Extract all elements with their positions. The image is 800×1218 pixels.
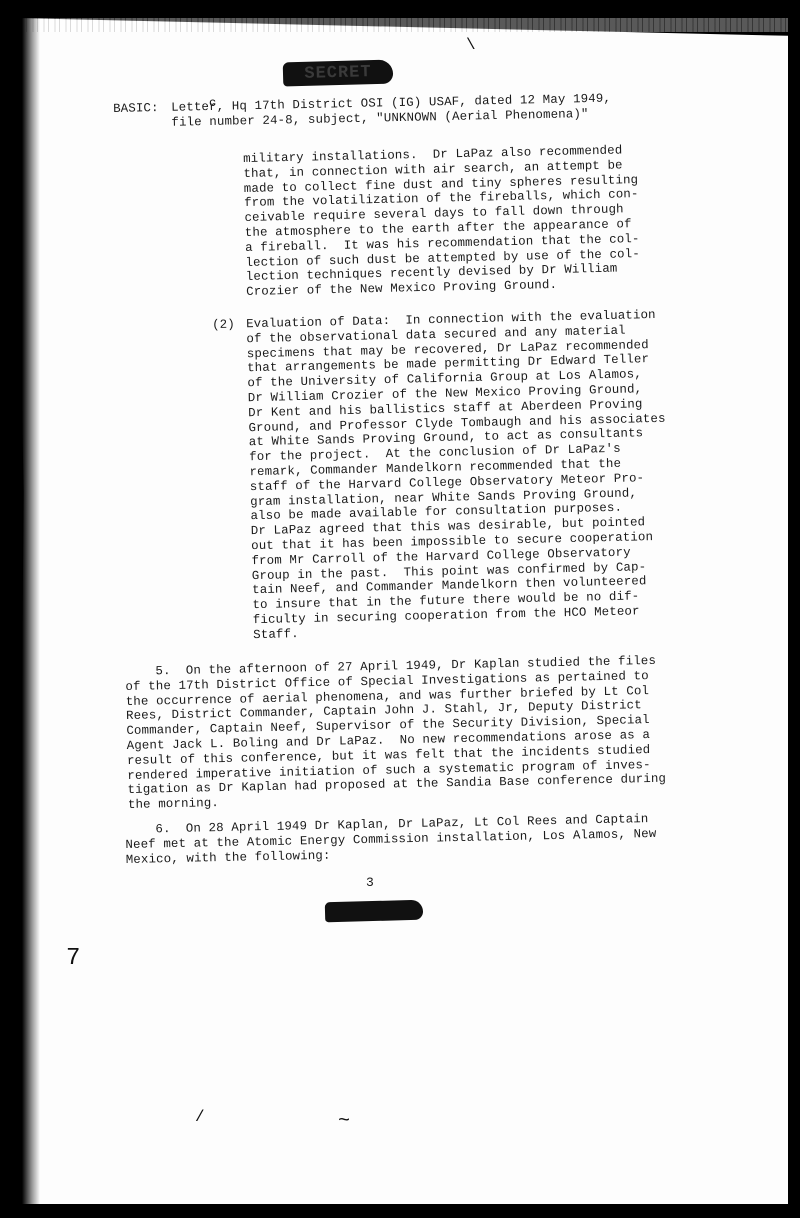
- paragraph-5: 5. On the afternoon of 27 April 1949, Dr…: [125, 654, 667, 813]
- margin-mark-slash: /: [195, 1108, 205, 1126]
- scan-bottom-border: [0, 1204, 800, 1218]
- page-top-edge-noise: [10, 18, 790, 32]
- margin-mark-tilde: ~: [338, 1110, 350, 1133]
- page-number: 3: [366, 875, 374, 890]
- continuation-paragraph: military installations. Dr LaPaz also re…: [243, 143, 641, 300]
- scan-left-shadow: [0, 0, 40, 1218]
- item-number: (2): [212, 317, 246, 333]
- basic-label: BASIC:: [113, 101, 171, 117]
- text-line: Staff.: [253, 627, 299, 642]
- classification-stamp-text: SECRET: [304, 63, 372, 84]
- margin-mark-tick: \: [466, 36, 476, 54]
- margin-mark-left: 7: [66, 945, 80, 972]
- text-line: the morning.: [128, 796, 219, 812]
- classification-stamp-bottom: [325, 900, 423, 923]
- item-2-evaluation-of-data: (2)Evaluation of Data: In connection wit…: [212, 308, 670, 644]
- scan-right-border: [788, 0, 800, 1218]
- classification-stamp-top: SECRET: [283, 60, 394, 87]
